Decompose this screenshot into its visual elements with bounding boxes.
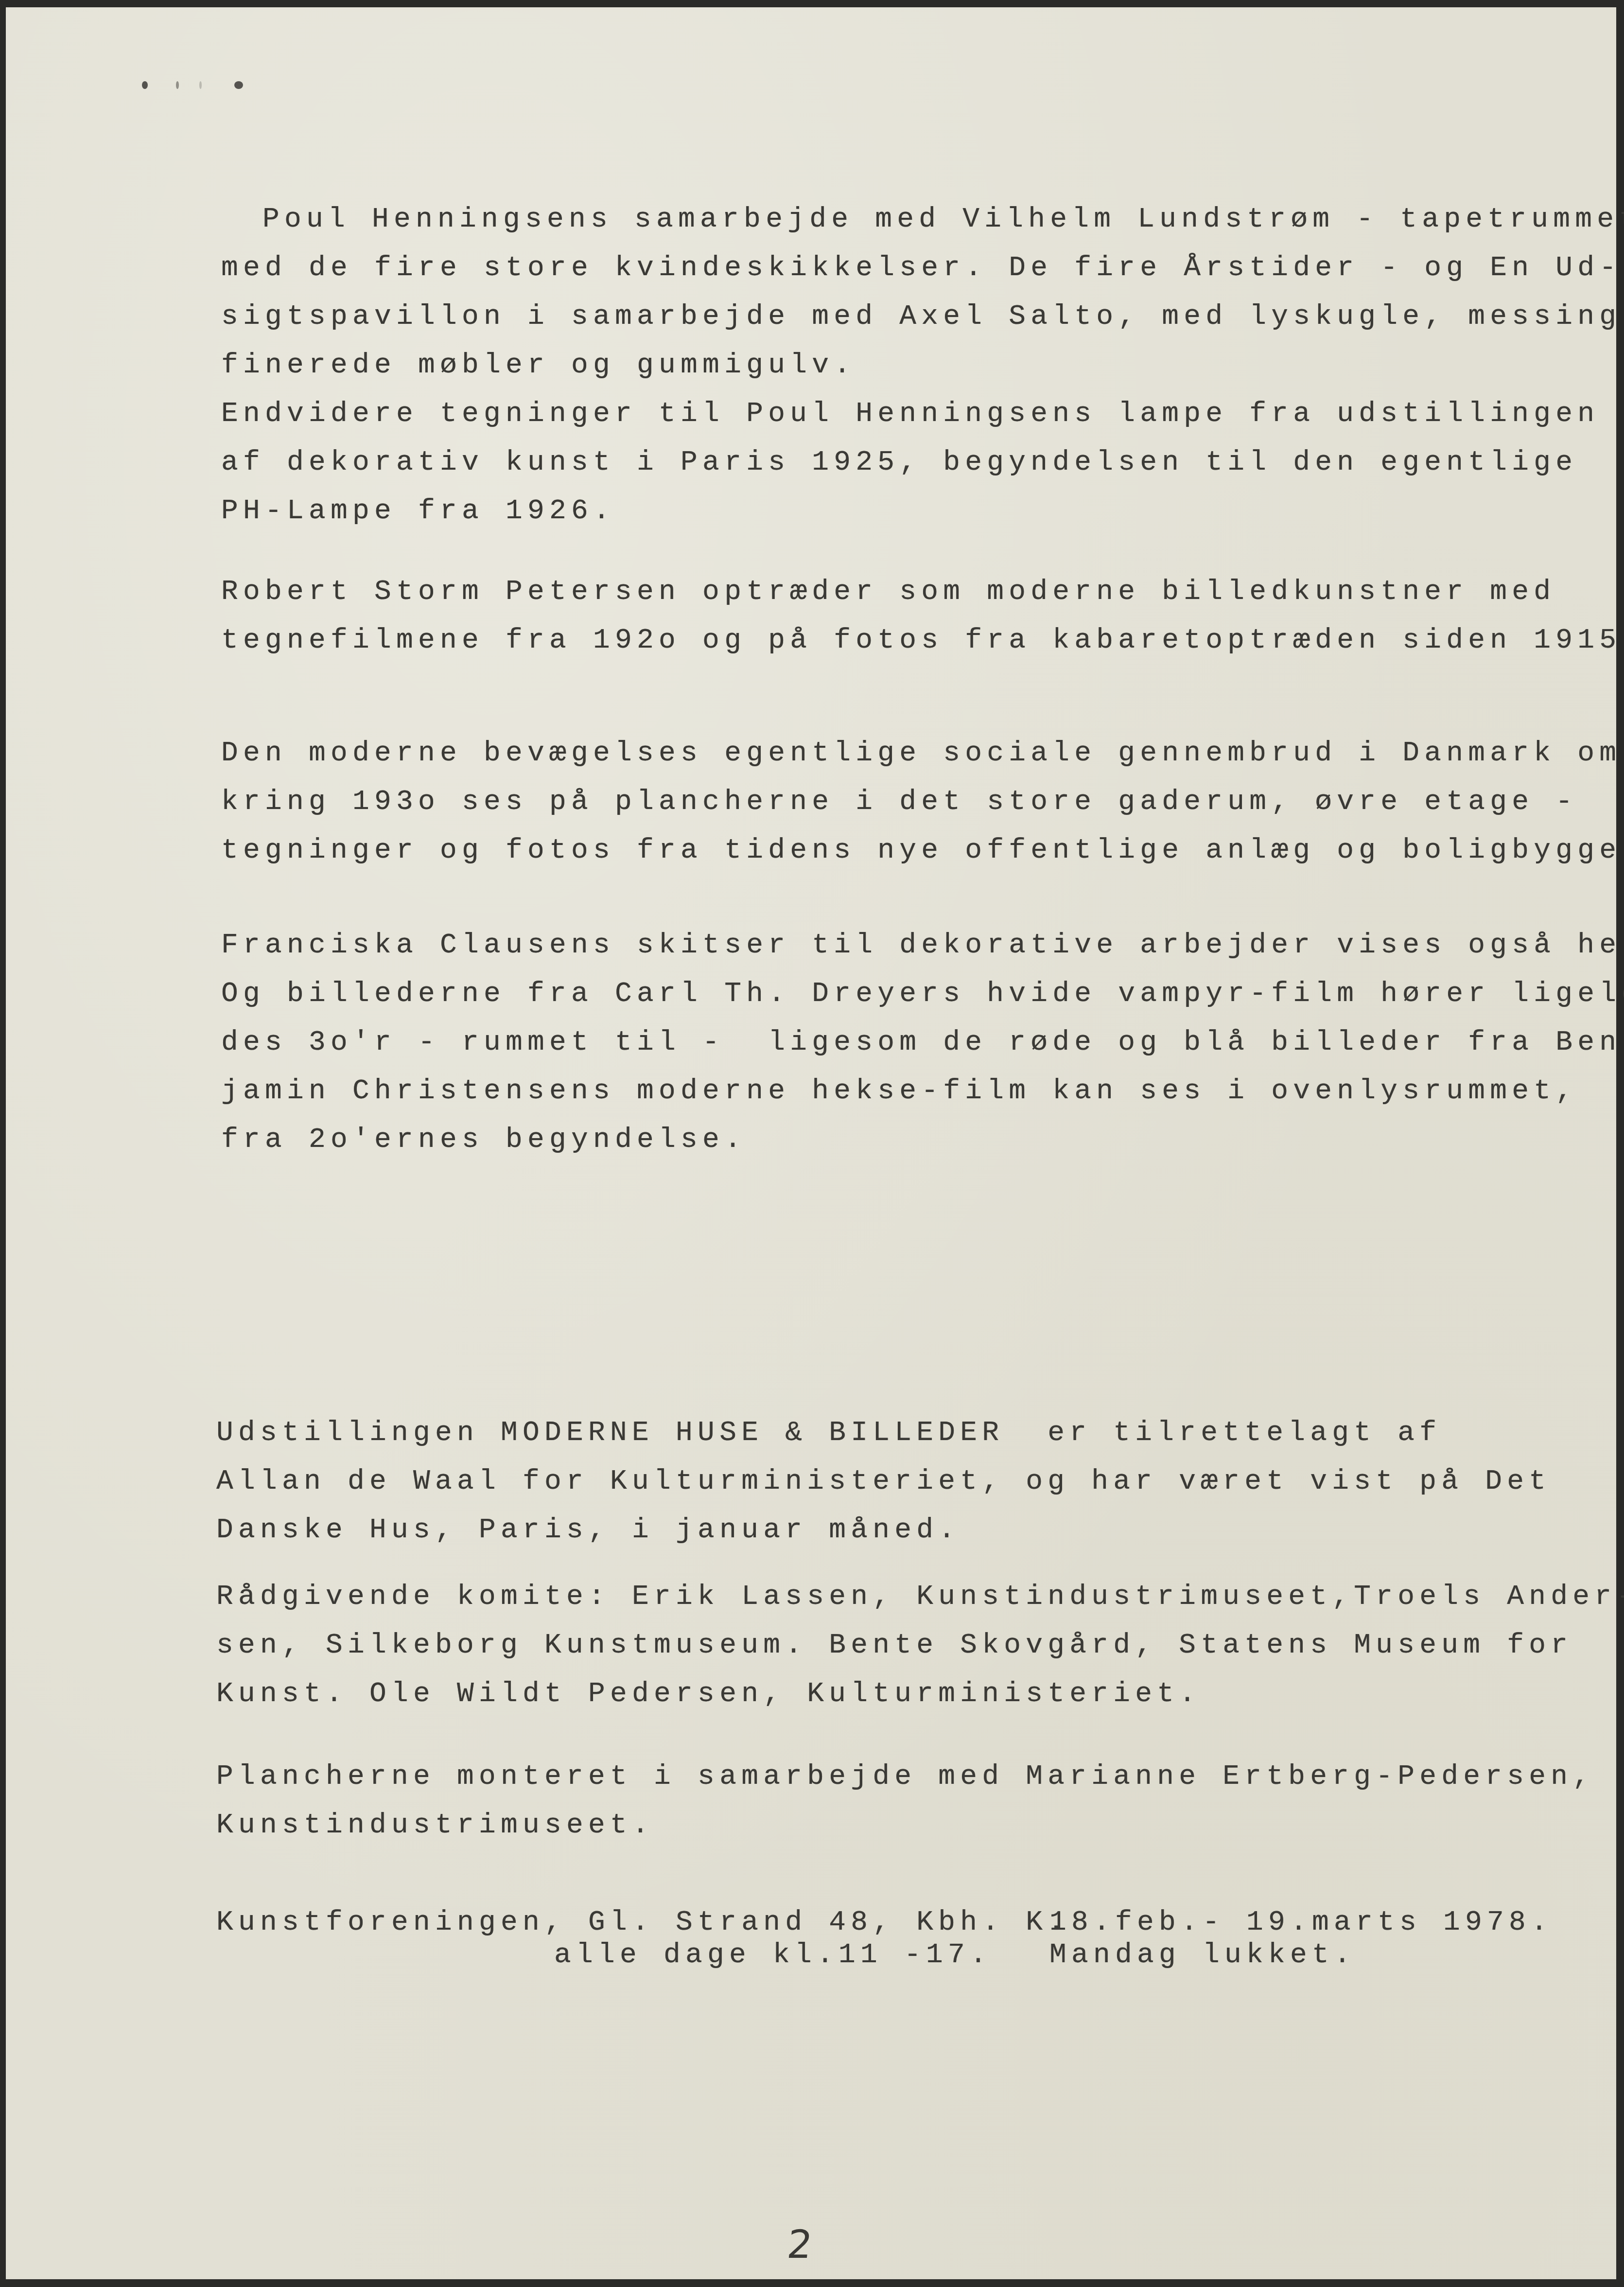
paragraph-henningsen-line: af dekorativ kunst i Paris 1925, begynde… <box>221 446 1577 480</box>
footer-closed: Mandag lukket. <box>1049 1938 1356 1972</box>
punch-hole-marks <box>142 75 268 95</box>
paragraph-advisory-committee-line: Kunst. Ole Wildt Pedersen, Kulturministe… <box>216 1677 1201 1711</box>
footer-venue: Kunstforeningen, Gl. Strand 48, Kbh. K. <box>216 1906 1069 1940</box>
paragraph-social-breakthrough-line: tegninger og fotos fra tidens nye offent… <box>221 834 1624 868</box>
footer-dates: 18.feb.- 19.marts 1978. <box>1049 1906 1553 1940</box>
paragraph-clausen-dreyer-line: Og billederne fra Carl Th. Dreyers hvide… <box>221 977 1624 1011</box>
paragraph-henningsen-line: med de fire store kvindeskikkelser. De f… <box>221 251 1621 285</box>
paragraph-clausen-dreyer-line: Franciska Clausens skitser til dekorativ… <box>221 929 1624 963</box>
paragraph-clausen-dreyer-line: jamin Christensens moderne hekse-film ka… <box>221 1074 1577 1108</box>
paragraph-advisory-committee-line: Rådgivende komite: Erik Lassen, Kunstind… <box>216 1580 1624 1614</box>
paragraph-mounting-line: Kunstindustrimuseet. <box>216 1809 654 1843</box>
footer-hours: alle dage kl.11 -17. <box>554 1938 992 1972</box>
paragraph-henningsen-line: Endvidere tegninger til Poul Henningsens… <box>221 397 1599 431</box>
paragraph-henningsen-line: Poul Henningsens samarbejde med Vilhelm … <box>262 203 1624 237</box>
paragraph-social-breakthrough-line: kring 193o ses på plancherne i det store… <box>221 785 1577 819</box>
paragraph-henningsen-line: PH-Lampe fra 1926. <box>221 494 615 528</box>
paragraph-mounting-line: Plancherne monteret i samarbejde med Mar… <box>216 1760 1594 1794</box>
paragraph-exhibition-credits-line: Danske Hus, Paris, i januar måned. <box>216 1513 960 1548</box>
paragraph-storm-petersen-line: Robert Storm Petersen optræder som moder… <box>221 575 1555 609</box>
paragraph-storm-petersen-line: tegnefilmene fra 192o og på fotos fra ka… <box>221 624 1624 658</box>
paragraph-clausen-dreyer-line: fra 2o'ernes begyndelse. <box>221 1123 746 1157</box>
paragraph-social-breakthrough-line: Den moderne bevægelses egentlige sociale… <box>221 737 1624 771</box>
handwritten-page-number: 2 <box>785 2222 815 2267</box>
paragraph-advisory-committee-line: sen, Silkeborg Kunstmuseum. Bente Skovgå… <box>216 1629 1572 1663</box>
paragraph-exhibition-credits-line: Allan de Waal for Kulturministeriet, og … <box>216 1465 1551 1499</box>
typewritten-page: Poul Henningsens samarbejde med Vilhelm … <box>6 7 1616 2279</box>
paragraph-henningsen-line: finerede møbler og gummigulv. <box>221 349 856 383</box>
paragraph-exhibition-credits-line: Udstillingen MODERNE HUSE & BILLEDER er … <box>216 1416 1441 1450</box>
paragraph-clausen-dreyer-line: des 3o'r - rummet til - ligesom de røde … <box>221 1026 1624 1060</box>
paragraph-henningsen-line: sigtspavillon i samarbejde med Axel Salt… <box>221 300 1624 334</box>
